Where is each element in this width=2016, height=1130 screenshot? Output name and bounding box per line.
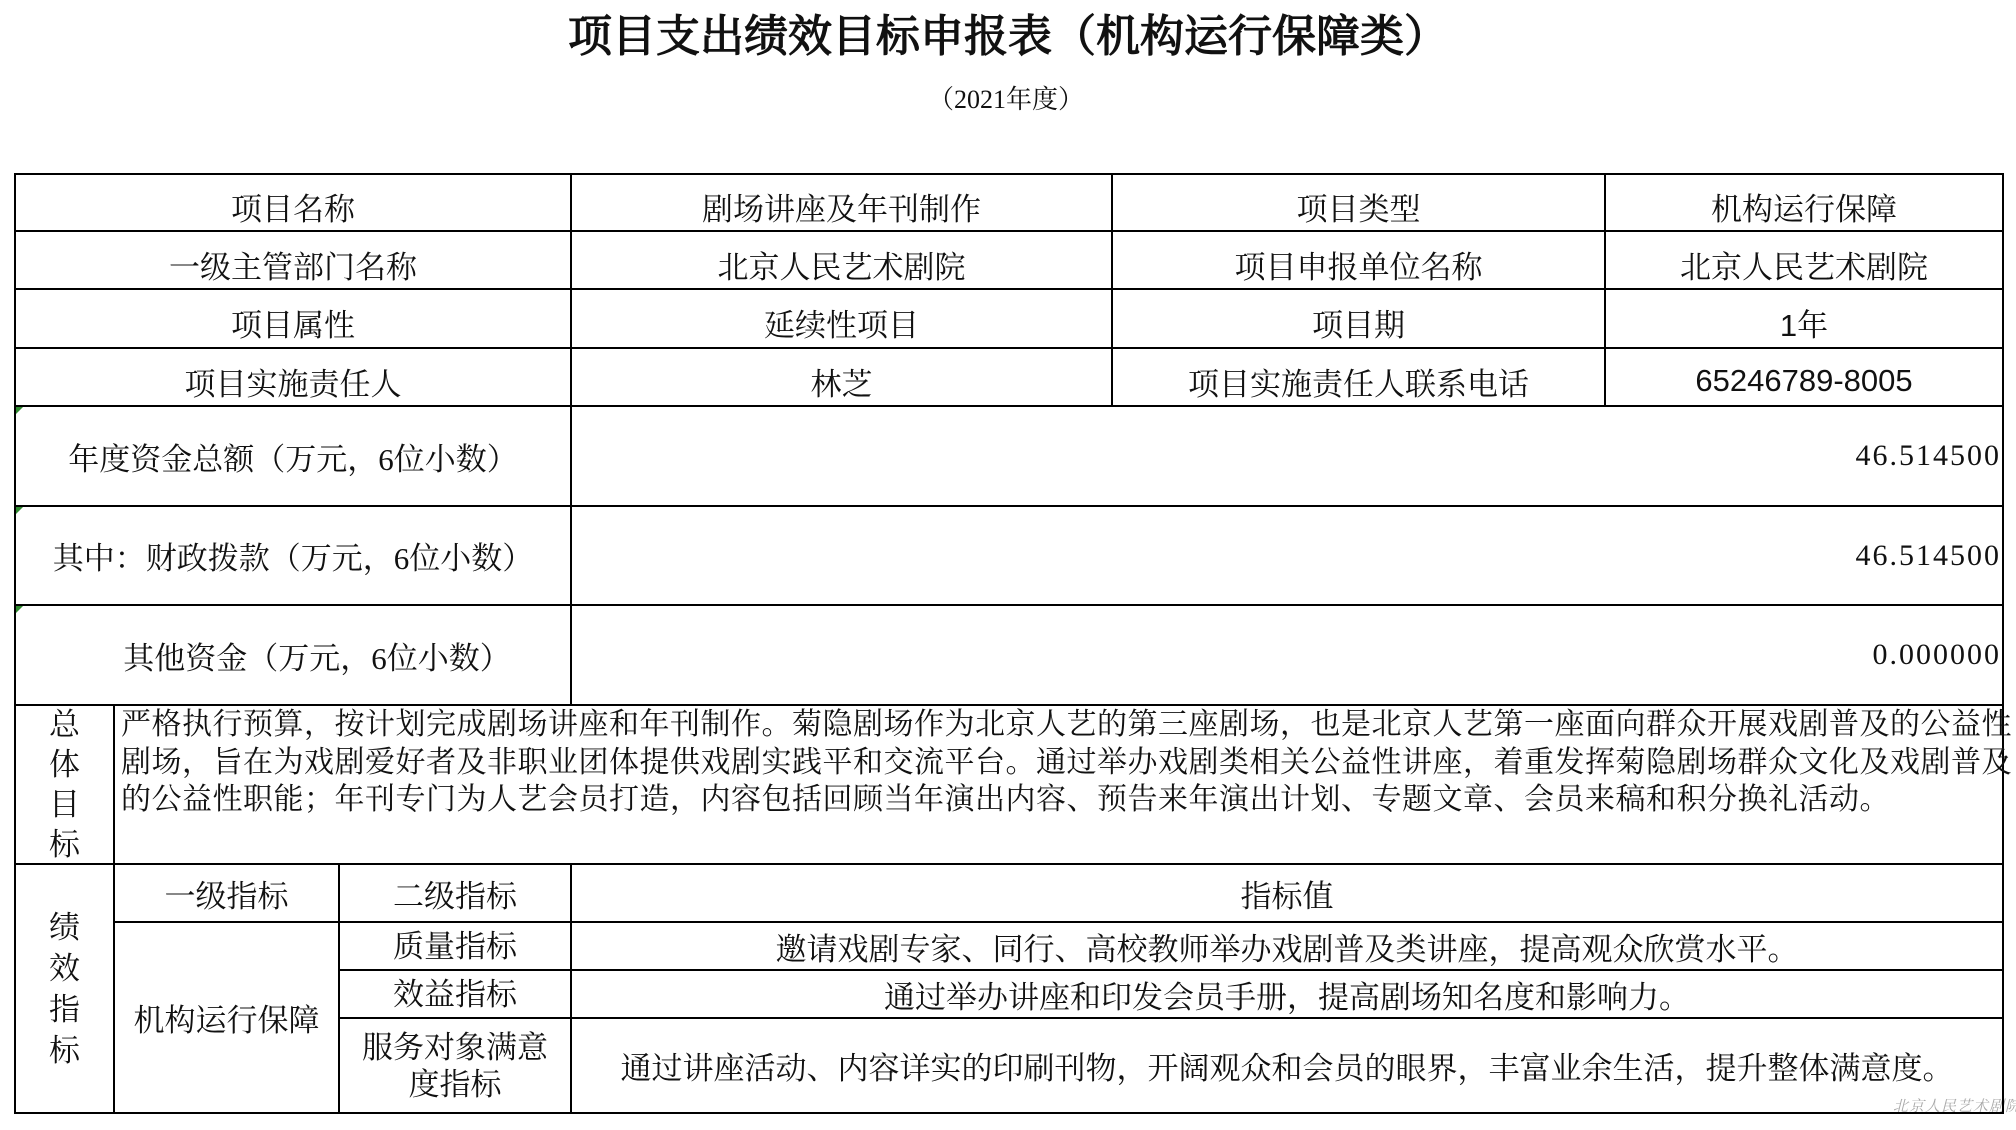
other-funds-label: 其他资金（万元，6位小数） <box>123 633 511 678</box>
performance-indicators-label-cell: 绩效指标 <box>14 863 115 1114</box>
indicator-label-line: 质量指标 <box>393 928 517 965</box>
indicator-label-line: 度指标 <box>409 1066 502 1103</box>
overall-goal-text: 严格执行预算，按计划完成剧场讲座和年刊制作。菊隐剧场作为北京人艺的第三座剧场，也… <box>113 704 2004 865</box>
level2-indicator-header: 二级指标 <box>338 863 572 923</box>
page-title: 项目支出绩效目标申报表（机构运行保障类） <box>0 14 2016 60</box>
watermark: 北京人民艺术剧院 <box>1893 1095 2016 1116</box>
project-type-value: 机构运行保障 <box>1604 173 2004 232</box>
project-attribute-value: 延续性项目 <box>570 288 1113 349</box>
level1-indicator-header: 一级指标 <box>113 863 340 923</box>
other-funds-label-cell: 其他资金（万元，6位小数） <box>14 604 572 706</box>
overall-goal-paragraph: 严格执行预算，按计划完成剧场讲座和年刊制作。菊隐剧场作为北京人艺的第三座剧场，也… <box>121 706 2012 819</box>
total-funds-label-cell: 年度资金总额（万元，6位小数） <box>14 405 572 507</box>
excel-error-indicator-icon <box>16 507 23 514</box>
fiscal-allocation-label-cell: 其中：财政拨款（万元，6位小数） <box>14 505 572 606</box>
benefit-indicator-value: 通过举办讲座和印发会员手册，提高剧场知名度和影响力。 <box>570 969 2004 1019</box>
overall-goal-label-cell: 总体目标 <box>14 704 115 865</box>
project-type-label: 项目类型 <box>1111 173 1606 232</box>
overall-goal-label: 总体目标 <box>49 705 80 865</box>
indicator-label-line: 服务对象满意 <box>362 1029 548 1066</box>
project-name-value: 剧场讲座及年刊制作 <box>570 173 1113 232</box>
level1-indicator-cell: 机构运行保障 <box>113 921 340 1114</box>
total-funds-label: 年度资金总额（万元，6位小数） <box>68 434 518 479</box>
quality-indicator-label: 质量指标 <box>393 928 517 965</box>
manager-phone-label: 项目实施责任人联系电话 <box>1111 347 1606 407</box>
benefit-indicator-label: 效益指标 <box>393 976 517 1013</box>
project-name-label: 项目名称 <box>14 173 572 232</box>
applicant-unit-value: 北京人民艺术剧院 <box>1604 230 2004 290</box>
project-attribute-label: 项目属性 <box>14 288 572 349</box>
project-manager-value: 林芝 <box>570 347 1113 407</box>
quality-indicator-value: 邀请戏剧专家、同行、高校教师举办戏剧普及类讲座，提高观众欣赏水平。 <box>570 921 2004 971</box>
excel-error-indicator-icon <box>16 606 23 613</box>
applicant-unit-label: 项目申报单位名称 <box>1111 230 1606 290</box>
excel-error-indicator-icon <box>16 407 23 414</box>
quality-indicator-label-cell: 质量指标 <box>338 921 572 971</box>
performance-indicators-label: 绩效指标 <box>49 907 80 1071</box>
satisfaction-indicator-value: 通过讲座活动、内容详实的印刷刊物，开阔观众和会员的眼界，丰富业余生活，提升整体满… <box>570 1017 2004 1114</box>
fiscal-allocation-value: 46.514500 <box>570 505 2004 606</box>
manager-phone-value: 65246789-8005 <box>1604 347 2004 407</box>
indicator-label-line: 效益指标 <box>393 976 517 1013</box>
page-subtitle: （2021年度） <box>0 85 2012 115</box>
overall-goal-line: 严格执行预算，按计划完成剧场讲座和年刊制作。菊隐剧场作为北京人艺的第三座剧场，也… <box>121 706 2012 744</box>
supervising-dept-value: 北京人民艺术剧院 <box>570 230 1113 290</box>
project-manager-label: 项目实施责任人 <box>14 347 572 407</box>
other-funds-value: 0.000000 <box>570 604 2004 706</box>
overall-goal-line: 的公益性职能；年刊专门为人艺会员打造，内容包括回顾当年演出内容、预告来年演出计划… <box>121 781 2012 819</box>
project-period-label: 项目期 <box>1111 288 1606 349</box>
project-period-value: 1年 <box>1604 288 2004 349</box>
overall-goal-line: 剧场，旨在为戏剧爱好者及非职业团体提供戏剧实践平和交流平台。通过举办戏剧类相关公… <box>121 744 2012 782</box>
indicator-value-header: 指标值 <box>570 863 2004 923</box>
fiscal-allocation-label: 其中：财政拨款（万元，6位小数） <box>53 533 534 578</box>
benefit-indicator-label-cell: 效益指标 <box>338 969 572 1019</box>
total-funds-value: 46.514500 <box>570 405 2004 507</box>
satisfaction-indicator-label-cell: 服务对象满意 度指标 <box>338 1017 572 1114</box>
supervising-dept-label: 一级主管部门名称 <box>14 230 572 290</box>
satisfaction-indicator-label: 服务对象满意 度指标 <box>362 1029 548 1103</box>
